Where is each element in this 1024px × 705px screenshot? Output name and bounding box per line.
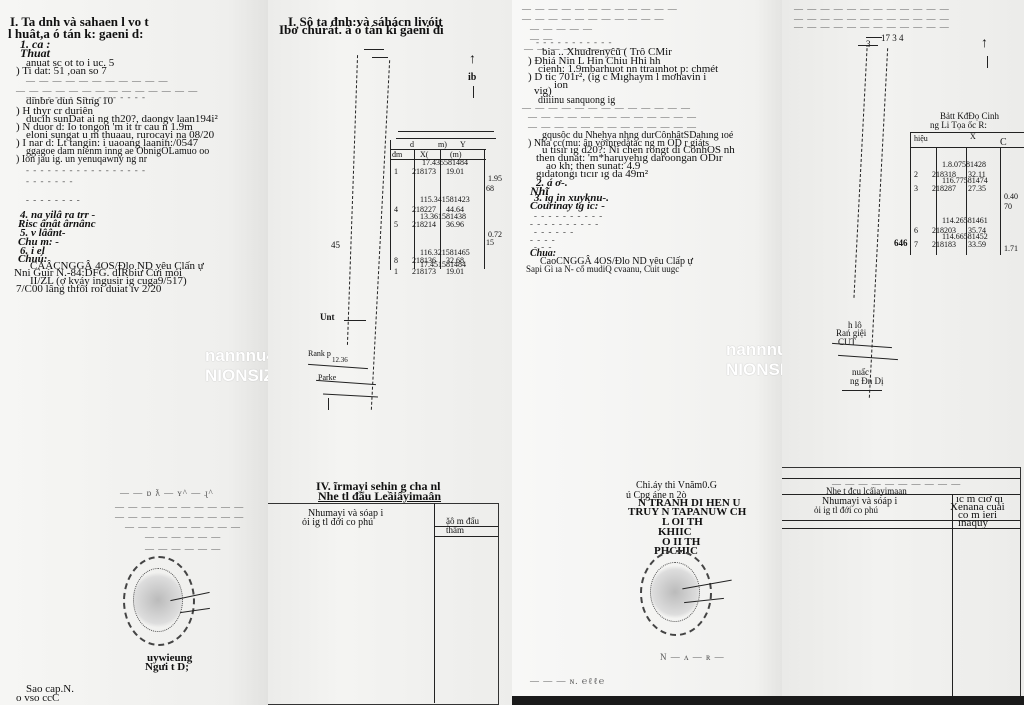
- page-1-left-text: I. Ta dnh và sahaen l vo t l huât,a ó tá…: [0, 0, 268, 705]
- page-4-parcel-map: — — — — — — — — — — — — — — — — — — — — …: [782, 0, 1024, 705]
- map-label: CUT: [838, 337, 856, 348]
- coordinate-table: hiệu X C 1.8.07581428 2 218318 32.11 116…: [910, 130, 1024, 255]
- table-row: 27.35: [968, 184, 986, 194]
- table-row: 218183: [932, 240, 956, 250]
- table-row: 4: [394, 205, 398, 215]
- scan-edge-bar: [512, 696, 1024, 705]
- table-row: 33.59: [968, 240, 986, 250]
- map-top-label: 17 3 4: [881, 33, 904, 44]
- page3-note-line: Sapi Gì ıa N- cổ mudiQ cvaanu, Cuit uugc: [526, 264, 679, 275]
- footer-copy-line2: o vso ccC: [16, 693, 59, 704]
- table-row: 7: [914, 240, 918, 250]
- seal-emblem-icon: [650, 562, 700, 622]
- north-arrow-icon: ↑: [981, 36, 988, 52]
- table-row: 1: [394, 167, 398, 177]
- north-label: ib: [468, 72, 476, 83]
- table-row: 6: [914, 226, 918, 236]
- page-3-right-text: — — — — — — — — — — — — — — — — — — — — …: [512, 0, 782, 705]
- table-row: 36.96: [446, 220, 464, 230]
- table-row: 19.01: [446, 167, 464, 177]
- section4-title-line2: Nhe tl đẩu Leầiấyimaân: [318, 491, 441, 502]
- table-row: 218214: [412, 220, 436, 230]
- section4-col2-line2: thẩm: [446, 525, 464, 536]
- table-header: hiệu: [914, 134, 928, 144]
- table-row: 115.341581423: [420, 195, 470, 205]
- page1-line: ) Ion jau ig. un yenuqawny ng nr: [16, 154, 147, 165]
- map-label: 646: [894, 238, 908, 249]
- table-row: 1.8.07581428: [942, 160, 986, 170]
- map-label: 45: [331, 240, 340, 251]
- page2-title-line2: Ibơ chúrát. à ó tán ki gaeni đi: [279, 24, 444, 35]
- table-header: X: [970, 132, 976, 142]
- watermark: nannnu47 NIONSIZ: [205, 346, 268, 386]
- section4-table: [268, 503, 499, 705]
- map-label: ng Đn Dị: [850, 376, 884, 387]
- table-row: 218173: [412, 267, 436, 277]
- map-label: 12.36: [332, 355, 348, 366]
- table-row: 0.40: [1004, 192, 1018, 202]
- table-row: 1.71: [1004, 244, 1018, 254]
- table-row: 15: [486, 238, 494, 248]
- table-row: 114.26581461: [942, 216, 988, 226]
- section4-col1-line2: ỏi ig tl đới co phú: [302, 517, 373, 528]
- table-row: 5: [394, 220, 398, 230]
- section4-col1-line2: ỏi ig tl đới co phú: [814, 505, 878, 516]
- table-row: 19.01: [446, 267, 464, 277]
- page3-line: ion: [554, 80, 568, 91]
- watermark: nannnu47 NIONSIZ: [726, 340, 782, 380]
- table-row: 1.95: [488, 174, 502, 184]
- table-row: 68: [486, 184, 494, 194]
- table-row: 70: [1004, 202, 1012, 212]
- page1-note-line: 7/C00 lâng thfôi roi duiat ıv 2/20: [16, 284, 161, 295]
- signer-name-line2: Ngưi t D;: [145, 662, 189, 673]
- table-row: 2: [914, 170, 918, 180]
- map-label: Unt: [320, 312, 335, 323]
- page-2-parcel-map: I. Sô ta đnh:và sáhácn livóit Ibơ chúrát…: [268, 0, 512, 705]
- table-row: 218287: [932, 184, 956, 194]
- table-row: 1: [394, 267, 398, 277]
- map-label: Rank p: [308, 348, 331, 359]
- coordinate-table: d m) Y đm X( (m) 17.435581484 1 218173 1…: [390, 140, 500, 275]
- north-arrow-icon: ↑: [469, 52, 476, 68]
- table-row: 8: [394, 256, 398, 266]
- table-row: 218173: [412, 167, 436, 177]
- table-row: 3: [914, 184, 918, 194]
